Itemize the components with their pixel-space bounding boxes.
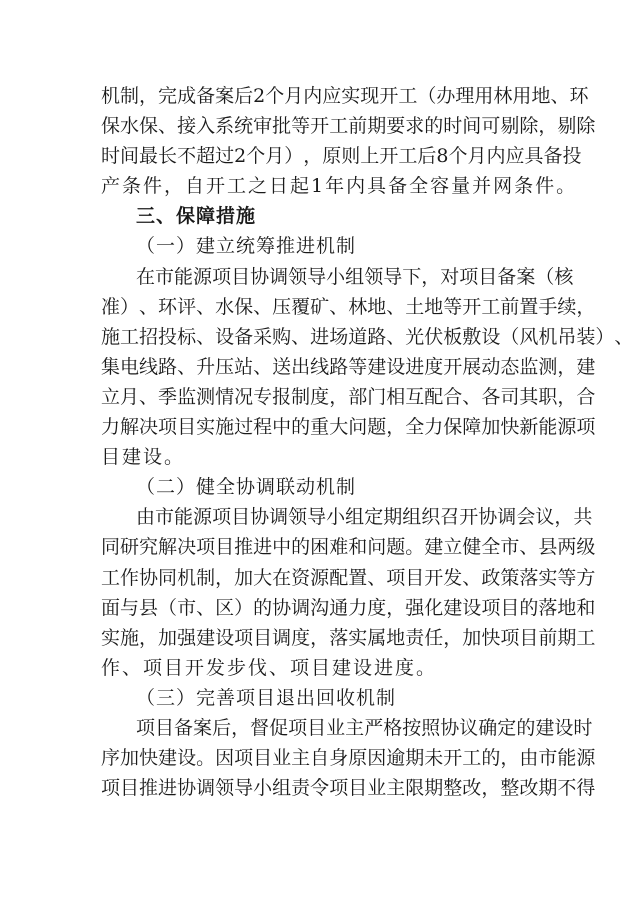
text-line: 在市能源项目协调领导小组领导下，对项目备案（核 bbox=[101, 262, 543, 292]
section-heading: 三、保障措施 bbox=[101, 201, 543, 231]
text-line: 作、项目开发步伐、项目建设进度。 bbox=[101, 653, 543, 683]
text-line: 力解决项目实施过程中的重大问题，全力保障加快新能源项 bbox=[101, 412, 543, 442]
text-line: 项目备案后，督促项目业主严格按照协议确定的建设时 bbox=[101, 713, 543, 743]
text-line: 项目推进协调领导小组责令项目业主限期整改，整改期不得 bbox=[101, 773, 543, 803]
document-page: 机制，完成备案后2个月内应实现开工（办理用林用地、环 保水保、接入系统审批等开工… bbox=[101, 81, 543, 803]
text-line: 保水保、接入系统审批等开工前期要求的时间可剔除，剔除 bbox=[101, 111, 543, 141]
subsection-heading: （二）健全协调联动机制 bbox=[101, 472, 543, 502]
text-line: 产条件，自开工之日起1年内具备全容量并网条件。 bbox=[101, 171, 543, 201]
text-line: 同研究解决项目推进中的困难和问题。建立健全市、县两级 bbox=[101, 532, 543, 562]
text-line: 立月、季监测情况专报制度，部门相互配合、各司其职，合 bbox=[101, 382, 543, 412]
subsection-heading: （三）完善项目退出回收机制 bbox=[101, 683, 543, 713]
text-line: 由市能源项目协调领导小组定期组织召开协调会议，共 bbox=[101, 502, 543, 532]
text-line: 施工招投标、设备采购、进场道路、光伏板敷设（风机吊装）、 bbox=[101, 322, 543, 352]
text-line: 工作协同机制，加大在资源配置、项目开发、政策落实等方 bbox=[101, 563, 543, 593]
subsection-3: （三）完善项目退出回收机制 项目备案后，督促项目业主严格按照协议确定的建设时 序… bbox=[101, 683, 543, 803]
text-line: 准）、环评、水保、压覆矿、林地、土地等开工前置手续， bbox=[101, 292, 543, 322]
text-line: 序加快建设。因项目业主自身原因逾期未开工的，由市能源 bbox=[101, 743, 543, 773]
text-line: 时间最长不超过2个月），原则上开工后8个月内应具备投 bbox=[101, 141, 543, 171]
text-line: 面与县（市、区）的协调沟通力度，强化建设项目的落地和 bbox=[101, 593, 543, 623]
text-line: 机制，完成备案后2个月内应实现开工（办理用林用地、环 bbox=[101, 81, 543, 111]
paragraph-intro: 机制，完成备案后2个月内应实现开工（办理用林用地、环 保水保、接入系统审批等开工… bbox=[101, 81, 543, 201]
text-line: 实施，加强建设项目调度，落实属地责任，加快项目前期工 bbox=[101, 623, 543, 653]
text-line: 集电线路、升压站、送出线路等建设进度开展动态监测，建 bbox=[101, 352, 543, 382]
subsection-heading: （一）建立统筹推进机制 bbox=[101, 231, 543, 261]
text-line: 目建设。 bbox=[101, 442, 543, 472]
subsection-1: （一）建立统筹推进机制 在市能源项目协调领导小组领导下，对项目备案（核 准）、环… bbox=[101, 231, 543, 472]
subsection-2: （二）健全协调联动机制 由市能源项目协调领导小组定期组织召开协调会议，共 同研究… bbox=[101, 472, 543, 683]
